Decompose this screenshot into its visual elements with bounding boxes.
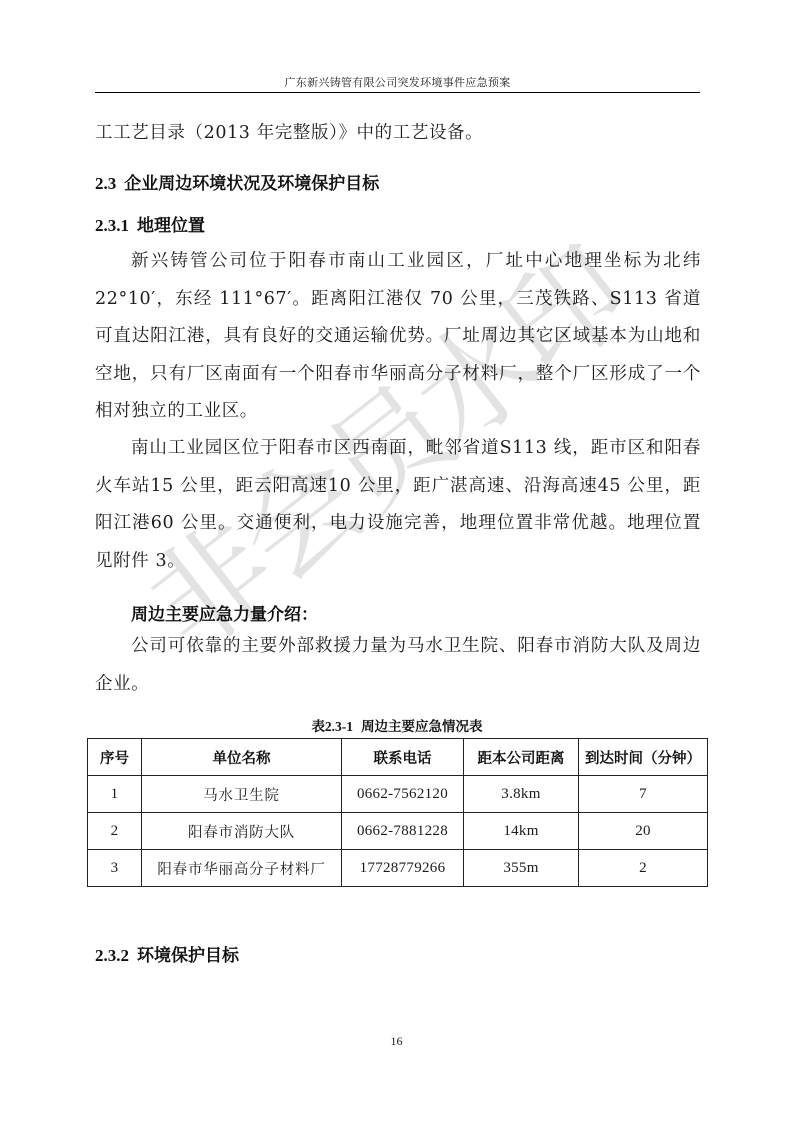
page-number: 16 <box>0 1034 793 1049</box>
header-rule <box>95 92 700 93</box>
cell-distance: 355m <box>464 850 579 887</box>
emergency-resources-table: 序号 单位名称 联系电话 距本公司距离 到达时间（分钟） 1 马水卫生院 066… <box>87 738 708 887</box>
column-header-arrival-time: 到达时间（分钟） <box>579 739 708 776</box>
section-number: 2.3.2 <box>95 946 129 965</box>
table-row: 3 阳春市华丽高分子材料厂 17728779266 355m 2 <box>88 850 708 887</box>
section-heading-2-3-2: 2.3.2环境保护目标 <box>95 941 239 966</box>
cell-time: 20 <box>579 813 708 850</box>
column-header-distance: 距本公司距离 <box>464 739 579 776</box>
cell-distance: 3.8km <box>464 776 579 813</box>
section-heading-2-3-1: 2.3.1地理位置 <box>95 211 205 236</box>
cell-name: 阳春市消防大队 <box>142 813 342 850</box>
table-row: 2 阳春市消防大队 0662-7881228 14km 20 <box>88 813 708 850</box>
section-number: 2.3 <box>95 174 116 193</box>
cell-name: 阳春市华丽高分子材料厂 <box>142 850 342 887</box>
table-header-row: 序号 单位名称 联系电话 距本公司距离 到达时间（分钟） <box>88 739 708 776</box>
paragraph-industrial-park: 南山工业园区位于阳春市区西南面，毗邻省道S113 线，距市区和阳春火车站15 公… <box>95 430 701 580</box>
section-title: 地理位置 <box>137 216 205 236</box>
cell-no: 1 <box>88 776 142 813</box>
continuation-line: 工工艺目录（2013 年完整版）》中的工艺设备。 <box>95 119 483 144</box>
section-heading-2-3: 2.3企业周边环境状况及环境保护目标 <box>95 169 379 194</box>
emergency-forces-heading: 周边主要应急力量介绍： <box>131 600 318 625</box>
column-header-name: 单位名称 <box>142 739 342 776</box>
cell-no: 3 <box>88 850 142 887</box>
cell-no: 2 <box>88 813 142 850</box>
section-number: 2.3.1 <box>95 216 129 235</box>
running-header: 广东新兴铸管有限公司突发环境事件应急预案 <box>95 74 700 90</box>
table-caption: 表2.3-1周边主要应急情况表 <box>87 715 707 735</box>
section-title: 环境保护目标 <box>137 946 239 966</box>
cell-phone: 0662-7562120 <box>342 776 464 813</box>
paragraph-location: 新兴铸管公司位于阳春市南山工业园区，厂址中心地理坐标为北纬22°10′，东经 1… <box>95 243 701 431</box>
section-title: 企业周边环境状况及环境保护目标 <box>124 174 379 194</box>
table-number: 表2.3-1 <box>311 719 353 734</box>
column-header-no: 序号 <box>88 739 142 776</box>
cell-time: 2 <box>579 850 708 887</box>
cell-time: 7 <box>579 776 708 813</box>
cell-phone: 0662-7881228 <box>342 813 464 850</box>
cell-phone: 17728779266 <box>342 850 464 887</box>
table-title: 周边主要应急情况表 <box>361 719 483 735</box>
cell-distance: 14km <box>464 813 579 850</box>
paragraph-rescue-forces: 公司可依靠的主要外部救援力量为马水卫生院、阳春市消防大队及周边企业。 <box>95 628 701 703</box>
column-header-phone: 联系电话 <box>342 739 464 776</box>
cell-name: 马水卫生院 <box>142 776 342 813</box>
table-row: 1 马水卫生院 0662-7562120 3.8km 7 <box>88 776 708 813</box>
